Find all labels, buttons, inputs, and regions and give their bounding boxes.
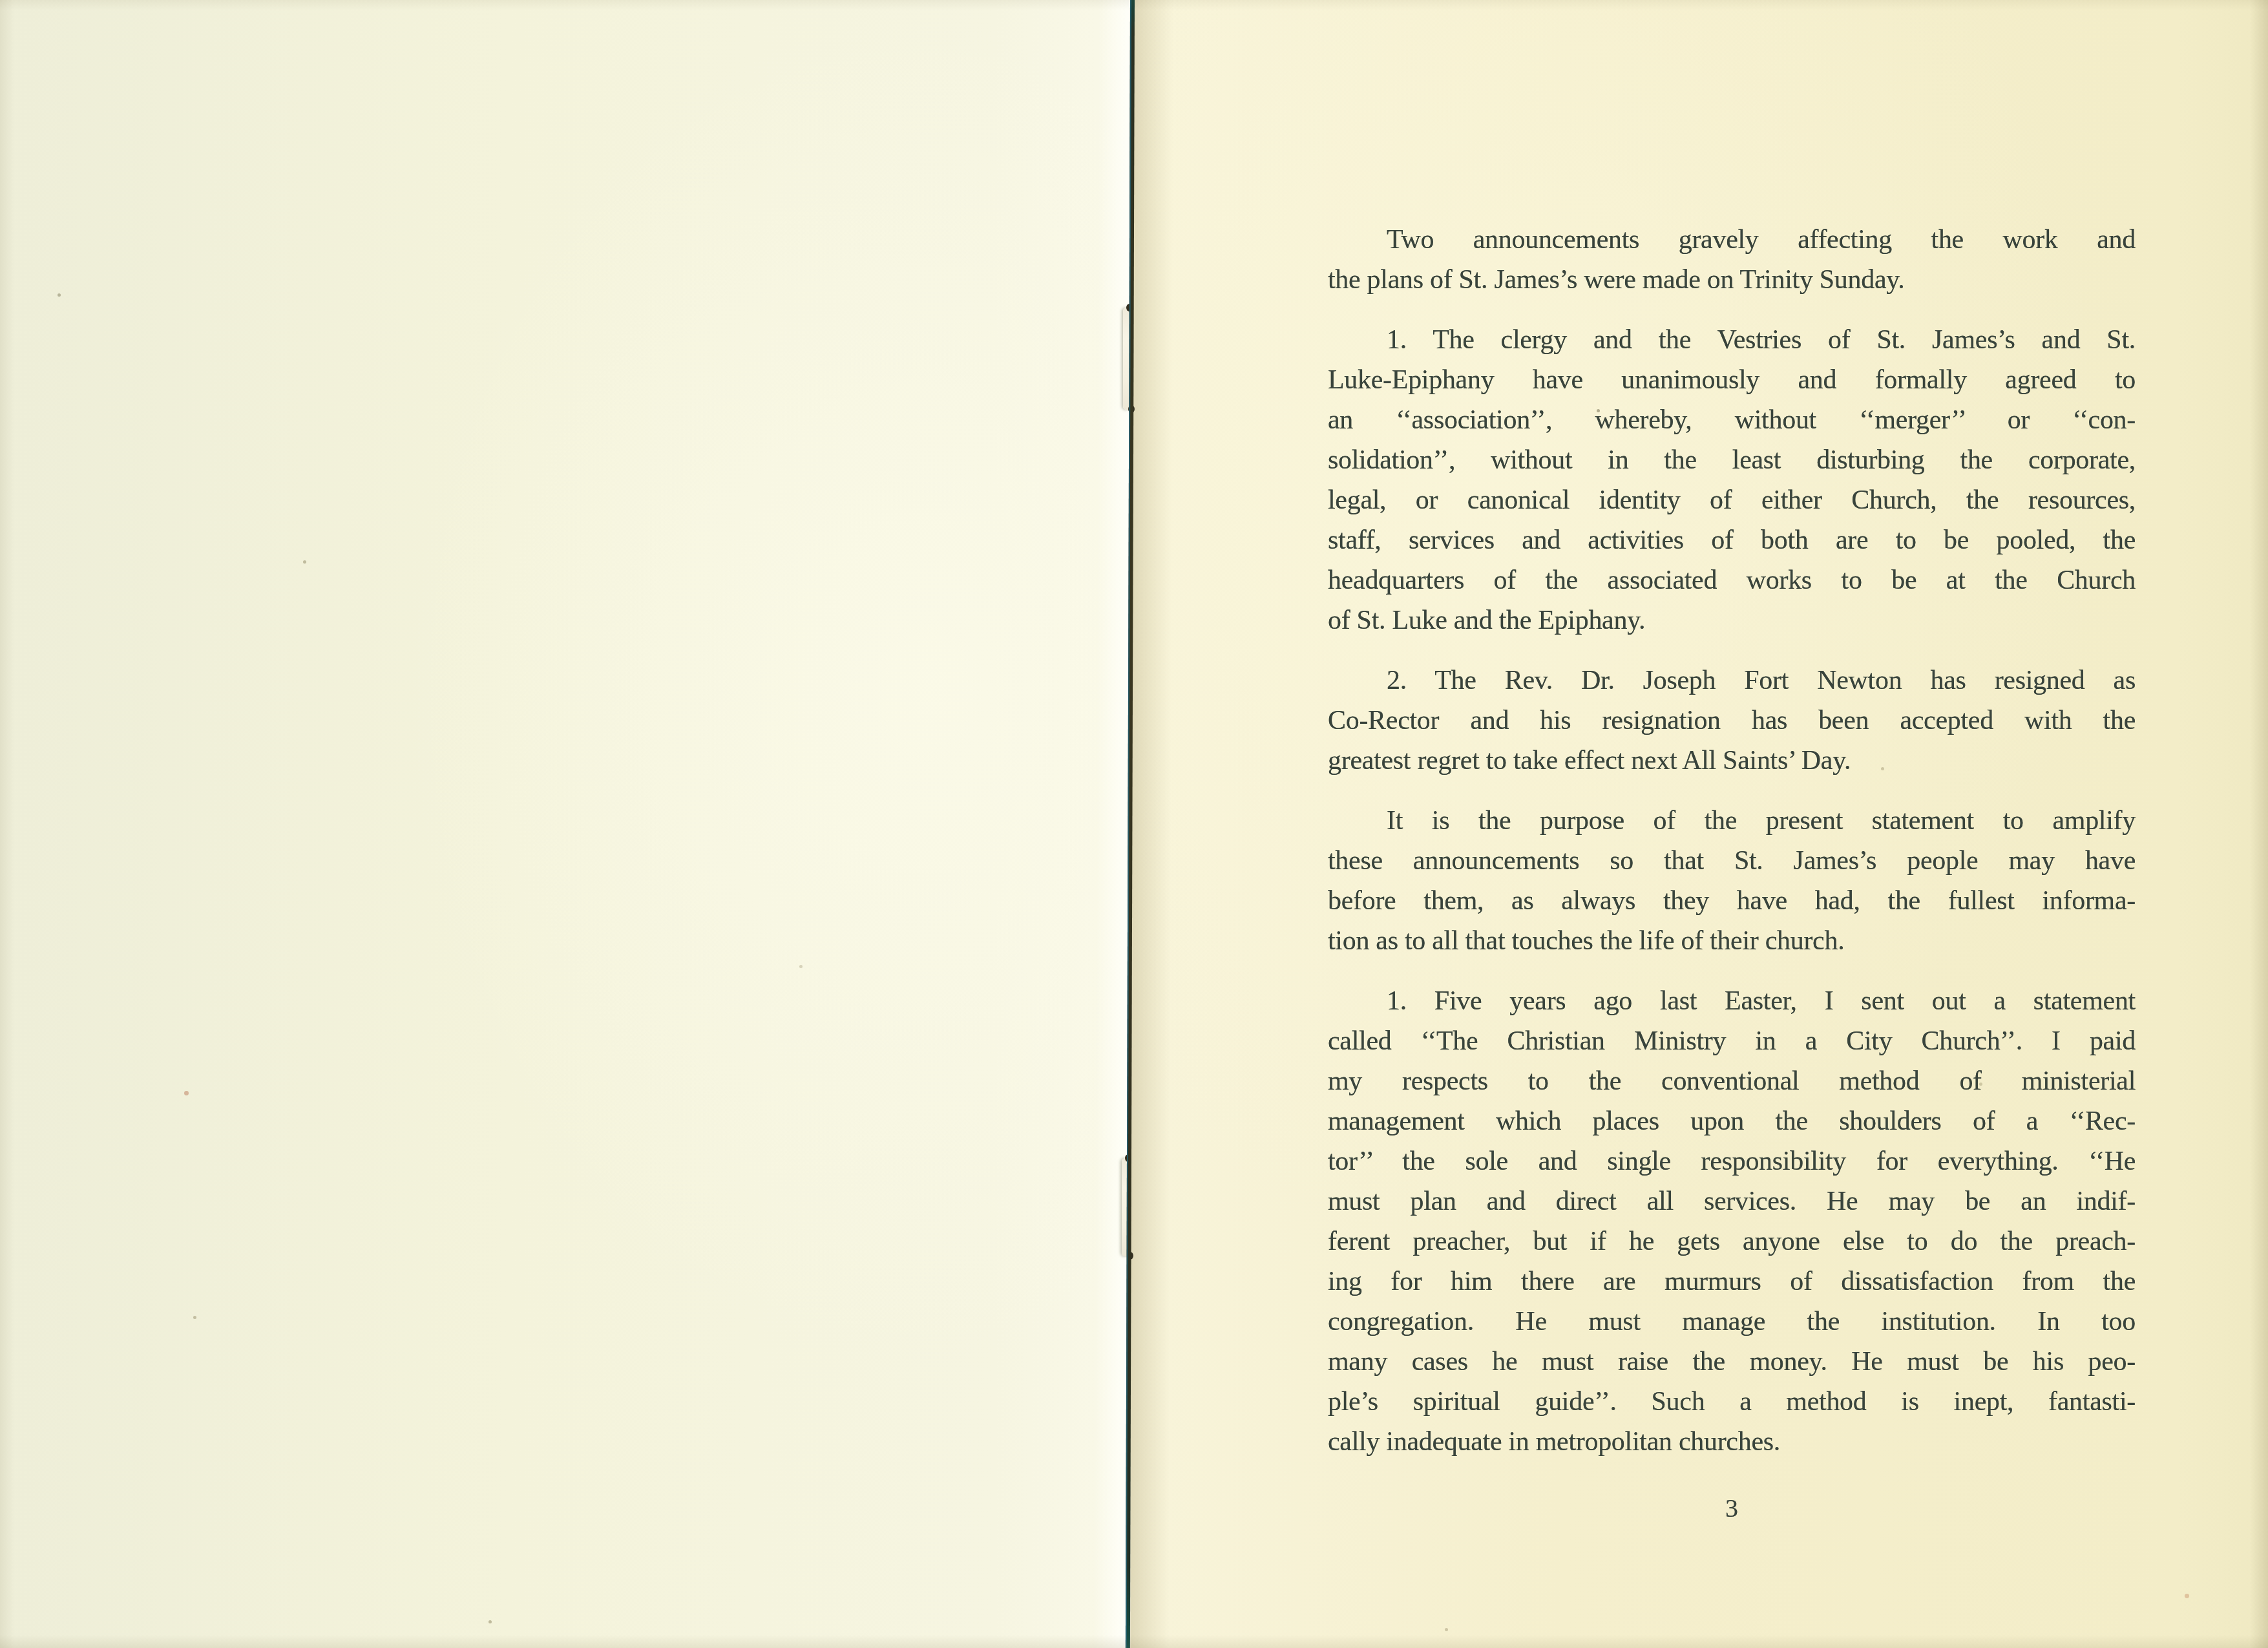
page-number: 3 [1328, 1488, 2136, 1528]
text-line: It is the purpose of the present stateme… [1328, 801, 2136, 841]
paragraph: 1. Five years ago last Easter, I sent ou… [1328, 981, 2136, 1462]
text-line: ple’s spiritual guide’’. Such a method i… [1328, 1382, 2136, 1422]
text-line: legal, or canonical identity of either C… [1328, 480, 2136, 520]
text-line: 1. Five years ago last Easter, I sent ou… [1328, 981, 2136, 1021]
text-line: Co-Rector and his resignation has been a… [1328, 701, 2136, 741]
paragraph: 1. The clergy and the Vestries of St. Ja… [1328, 320, 2136, 640]
text-line: solidation’’, without in the least distu… [1328, 440, 2136, 480]
text-line: many cases he must raise the money. He m… [1328, 1342, 2136, 1382]
text-line: called ‘‘The Christian Ministry in a Cit… [1328, 1021, 2136, 1061]
paragraph: It is the purpose of the present stateme… [1328, 801, 2136, 961]
text-line: the plans of St. James’s were made on Tr… [1328, 260, 2136, 300]
text-line: headquarters of the associated works to … [1328, 560, 2136, 600]
text-line: Luke-Epiphany have unanimously and forma… [1328, 360, 2136, 400]
text-line: before them, as always they have had, th… [1328, 881, 2136, 921]
text-line: Two announcements gravely affecting the … [1328, 220, 2136, 260]
text-line: tion as to all that touches the life of … [1328, 921, 2136, 961]
text-line: cally inadequate in metropolitan churche… [1328, 1422, 2136, 1462]
book-spread: Two announcements gravely affecting the … [0, 0, 2268, 1648]
paper-specks [0, 0, 2, 2]
text-line: ferent preacher, but if he gets anyone e… [1328, 1221, 2136, 1262]
text-line: tor’’ the sole and single responsibility… [1328, 1141, 2136, 1181]
text-line: an ‘‘association’’, whereby, without ‘‘m… [1328, 400, 2136, 440]
text-line: staff, services and activities of both a… [1328, 520, 2136, 560]
paragraph: Two announcements gravely affecting the … [1328, 220, 2136, 300]
text-line: 2. The Rev. Dr. Joseph Fort Newton has r… [1328, 660, 2136, 701]
text-line: 1. The clergy and the Vestries of St. Ja… [1328, 320, 2136, 360]
page-text: Two announcements gravely affecting the … [1328, 220, 2136, 1462]
text-line: my respects to the conventional method o… [1328, 1061, 2136, 1101]
text-line: must plan and direct all services. He ma… [1328, 1181, 2136, 1221]
text-line: of St. Luke and the Epiphany. [1328, 600, 2136, 640]
text-line: management which places upon the shoulde… [1328, 1101, 2136, 1141]
paragraph: 2. The Rev. Dr. Joseph Fort Newton has r… [1328, 660, 2136, 781]
gutter-highlight [1094, 0, 1131, 1648]
text-line: these announcements so that St. James’s … [1328, 841, 2136, 881]
text-line: greatest regret to take effect next All … [1328, 741, 2136, 781]
text-line: congregation. He must manage the institu… [1328, 1302, 2136, 1342]
text-line: ing for him there are murmurs of dissati… [1328, 1262, 2136, 1302]
right-page: Two announcements gravely affecting the … [1131, 0, 2268, 1648]
gutter-shadow [1129, 0, 1173, 1648]
left-page [0, 0, 1131, 1648]
